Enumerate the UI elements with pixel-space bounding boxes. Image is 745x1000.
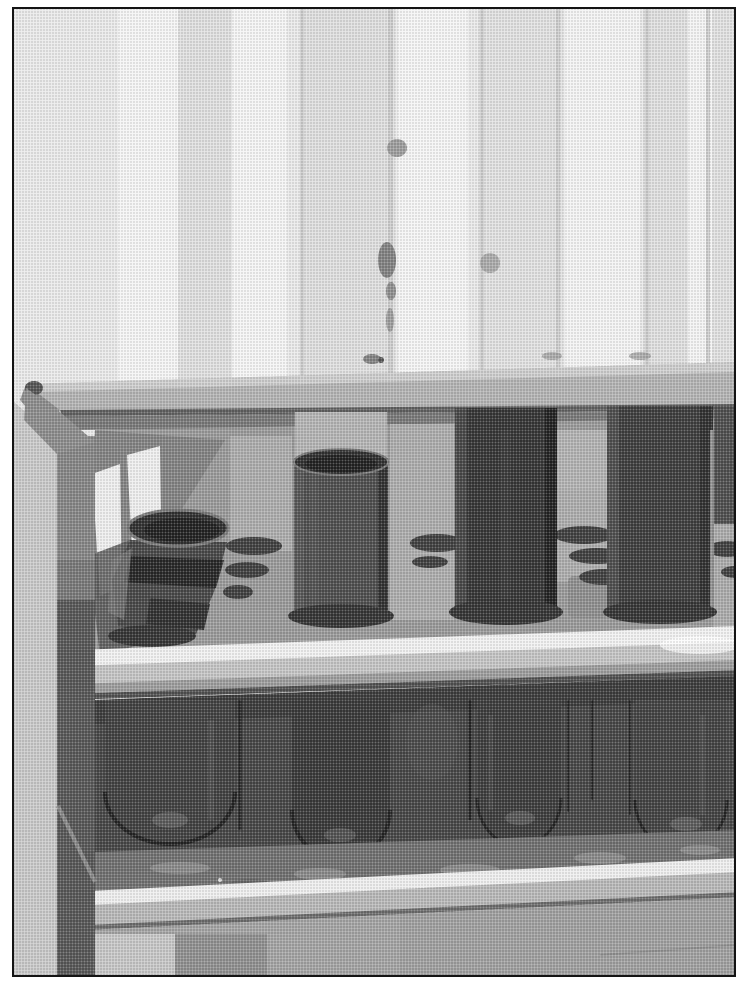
rack-left-post bbox=[14, 388, 95, 977]
figure-page: Test tubes containing dark liquid standi… bbox=[0, 0, 745, 1000]
figure-caption: Test tubes containing dark liquid standi… bbox=[0, 0, 1, 1]
background-glass-tubes bbox=[118, 7, 736, 380]
standing-test-tube bbox=[288, 449, 394, 628]
standing-test-tube bbox=[603, 406, 717, 624]
test-tube-rack-photo bbox=[12, 7, 736, 977]
standing-test-tube bbox=[449, 408, 563, 625]
partial-test-tube-right bbox=[714, 406, 736, 524]
photo-frame bbox=[12, 7, 736, 977]
